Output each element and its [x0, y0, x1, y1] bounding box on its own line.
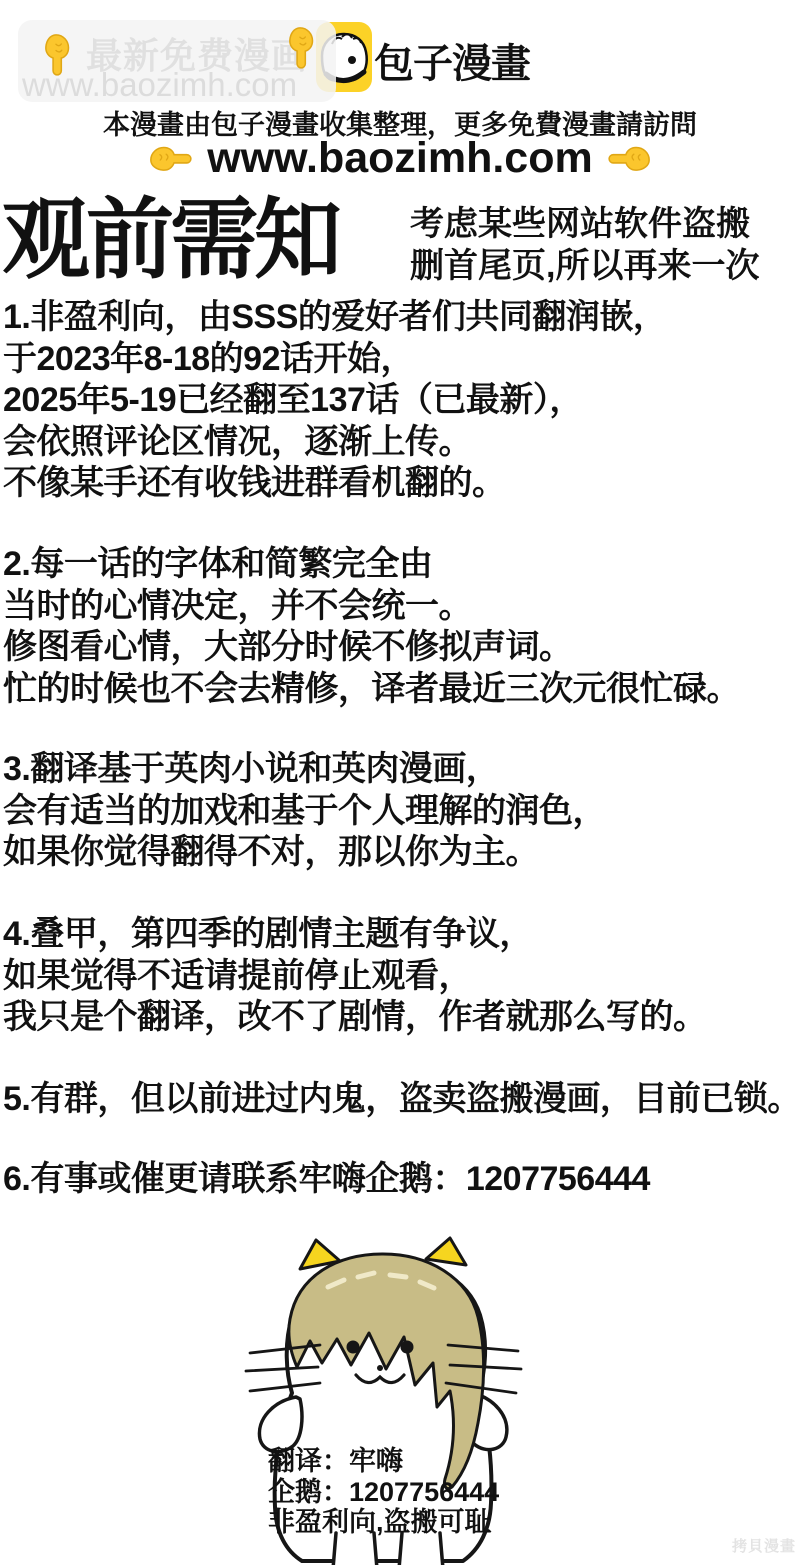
- manga-notice-page: 包子漫畫 最新免费漫画 www.baozimh.com 本漫畫由包子漫畫收集整理…: [0, 0, 800, 1565]
- notice-line: 当时的心情决定，并不会统一。: [3, 586, 740, 628]
- credits-block: 翻译：牢嗨 企鹅：1207756444 非盈利向,盗搬可耻: [268, 1446, 499, 1538]
- title-side-note: 考虑某些网站软件盗搬 删首尾页,所以再来一次: [410, 203, 759, 287]
- notice-section-1: 1.非盈利向，由SSS的爱好者们共同翻润嵌， 于2023年8-18的92话开始，…: [3, 297, 666, 505]
- notice-line: 2.每一话的字体和简繁完全由: [3, 544, 740, 586]
- notice-line: 3.翻译基于英肉小说和英肉漫画，: [3, 749, 606, 791]
- notice-line: 4.叠甲，第四季的剧情主题有争议，: [3, 914, 707, 956]
- notice-section-4: 4.叠甲，第四季的剧情主题有争议， 如果觉得不适请提前停止观看， 我只是个翻译，…: [3, 914, 707, 1039]
- notice-line: 5.有群，但以前进过内鬼，盗卖盗搬漫画，目前已锁。: [3, 1079, 800, 1121]
- logo-wordmark: 包子漫畫: [374, 32, 530, 89]
- credit-qq: 企鹅：1207756444: [268, 1477, 499, 1508]
- notice-line: 2025年5-19已经翻至137话（已最新），: [3, 380, 666, 422]
- notice-line: 修图看心情，大部分时候不修拟声词。: [3, 627, 740, 669]
- notice-line: 会有适当的加戏和基于个人理解的润色，: [3, 791, 606, 833]
- corner-watermark: 拷貝漫畫: [732, 1535, 796, 1556]
- notice-line: 如果觉得不适请提前停止观看，: [3, 956, 707, 998]
- notice-section-3: 3.翻译基于英肉小说和英肉漫画， 会有适当的加戏和基于个人理解的润色， 如果你觉…: [3, 749, 606, 874]
- notice-line: 不像某手还有收钱进群看机翻的。: [3, 463, 666, 505]
- notice-line: 我只是个翻译，改不了剧情，作者就那么写的。: [3, 997, 707, 1039]
- notice-section-5: 5.有群，但以前进过内鬼，盗卖盗搬漫画，目前已锁。: [3, 1079, 800, 1121]
- credit-nonprofit: 非盈利向,盗搬可耻: [268, 1507, 499, 1538]
- notice-line: 忙的时候也不会去精修，译者最近三次元很忙碌。: [3, 669, 740, 711]
- notice-line: 于2023年8-18的92话开始，: [3, 339, 666, 381]
- point-left-finger-icon: [607, 136, 653, 182]
- credit-translator: 翻译：牢嗨: [268, 1446, 499, 1477]
- site-url-row: www.baozimh.com: [0, 134, 800, 183]
- point-right-finger-icon: [147, 136, 193, 182]
- notice-section-6: 6.有事或催更请联系牢嗨企鹅：1207756444: [3, 1159, 650, 1201]
- notice-line: 如果你觉得翻得不对，那以你为主。: [3, 832, 606, 874]
- side-note-line: 删首尾页,所以再来一次: [410, 245, 759, 287]
- side-note-line: 考虑某些网站软件盗搬: [410, 203, 759, 245]
- point-down-finger-icon: [278, 24, 324, 70]
- notice-line: 1.非盈利向，由SSS的爱好者们共同翻润嵌，: [3, 297, 666, 339]
- notice-line: 会依照评论区情况，逐渐上传。: [3, 422, 666, 464]
- notice-section-2: 2.每一话的字体和简繁完全由 当时的心情决定，并不会统一。 修图看心情，大部分时…: [3, 544, 740, 710]
- watermark-url: www.baozimh.com: [22, 66, 297, 104]
- site-url: www.baozimh.com: [207, 134, 592, 183]
- notice-line: 6.有事或催更请联系牢嗨企鹅：1207756444: [3, 1159, 650, 1201]
- page-title: 观前需知: [2, 192, 338, 288]
